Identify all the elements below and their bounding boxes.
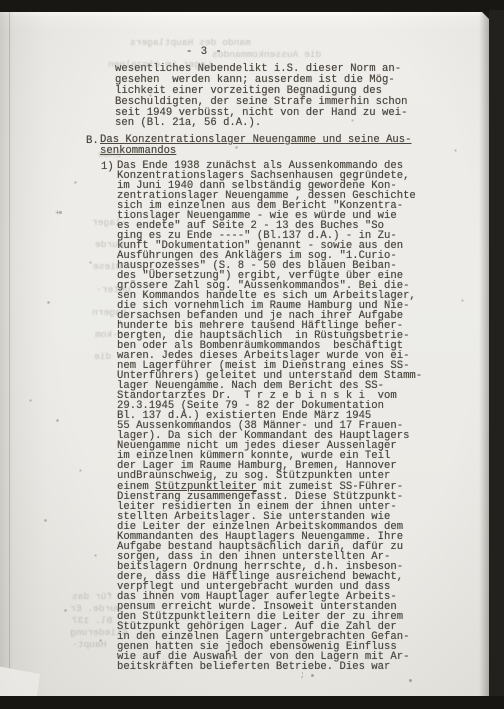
- bleed-through-text: die Aussenkommandos: [212, 50, 321, 60]
- scan-top-bar: [0, 0, 504, 12]
- bleed-through-text: die: [94, 352, 111, 362]
- text-line: senkommandos: [100, 146, 412, 157]
- bleed-through-text: wurde. Er: [70, 604, 122, 614]
- scan-right-background: [489, 10, 504, 700]
- speck-mark: +: [118, 320, 123, 328]
- bleed-through-text: für das: [72, 592, 112, 602]
- bleed-through-text: Lager im einzelnen: [108, 60, 212, 70]
- page-edge-shadow: [479, 12, 489, 697]
- section-heading: Das Konzentrationslager Neuengamme und s…: [100, 135, 412, 156]
- speck-mark: +: [55, 210, 60, 218]
- bleed-through-text: mando des Hauptlagers: [130, 38, 251, 48]
- paper: - 3 - wesentliches Nebendelikt i.S. dies…: [0, 12, 489, 697]
- dust-specks: [0, 12, 1, 13]
- text-line: einem Stützpunktleiter mit zumeist SS-Fü…: [117, 482, 422, 492]
- underlying-page-corner: [0, 660, 40, 697]
- text-line: beitskräften belieferten Betriebe. Dies …: [117, 662, 422, 672]
- binding-crease-line: [9, 12, 10, 697]
- bleed-through-text: -kom: [95, 330, 118, 340]
- intro-paragraph: wesentliches Nebendelikt i.S. dieser Nor…: [115, 64, 407, 129]
- bleed-through-text: Diese: [93, 262, 122, 272]
- speck-mark: ;: [300, 672, 305, 680]
- scan-bottom-bar: [0, 696, 504, 709]
- bleed-through-text: -lager: [92, 218, 127, 228]
- bleed-through-text: Ende: [98, 150, 121, 160]
- bleed-through-text: Lagern: [92, 308, 127, 318]
- bleed-through-text: wurde: [95, 240, 124, 250]
- list-item-body: Das Ende 1938 zunächst als Aussenkommand…: [117, 161, 422, 672]
- bleed-through-text: Haupt-: [72, 640, 107, 650]
- text-line: Beschuldigten, der seine Strafe immerhin…: [115, 97, 407, 108]
- bleed-through-text: unter-: [96, 285, 131, 295]
- bleed-through-text: Bl. 137: [72, 616, 112, 626]
- list-item-marker: 1): [101, 161, 114, 173]
- section-marker: B.: [86, 135, 99, 147]
- text-line: sen (Bl. 21a, 56 d.A.).: [115, 118, 407, 129]
- bleed-through-text: Gliederung: [70, 628, 128, 638]
- scanned-document-page: - 3 - wesentliches Nebendelikt i.S. dies…: [0, 0, 504, 709]
